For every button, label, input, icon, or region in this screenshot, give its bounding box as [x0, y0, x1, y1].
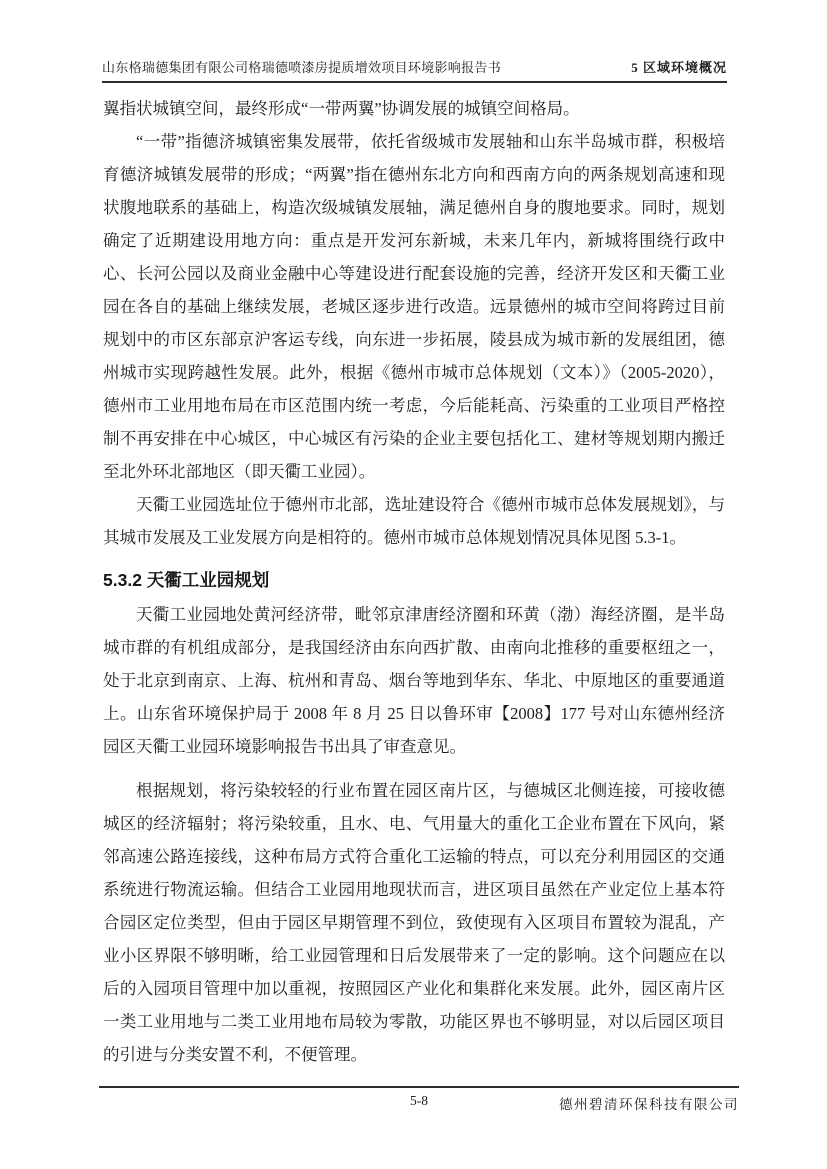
- paragraph-continuation: 翼指状城镇空间，最终形成“一带两翼”协调发展的城镇空间格局。: [103, 92, 725, 125]
- header-chapter-label: 5 区域环境概况: [631, 57, 727, 76]
- header-document-title: 山东格瑞德集团有限公司格瑞德喷漆房提质增效项目环境影响报告书: [102, 57, 501, 76]
- footer-company-name: 德州碧清环保科技有限公司: [559, 1093, 739, 1113]
- page-footer: 5-8 德州碧清环保科技有限公司: [99, 1086, 739, 1114]
- page-number: 5-8: [410, 1093, 428, 1109]
- document-body: 翼指状城镇空间，最终形成“一带两翼”协调发展的城镇空间格局。 “一带”指德济城镇…: [103, 92, 725, 1071]
- paragraph-site-selection: 天衢工业园选址位于德州市北部，选址建设符合《德州市城市总体发展规划》，与其城市发…: [103, 488, 725, 554]
- section-heading-5-3-2: 5.3.2 天衢工业园规划: [103, 564, 725, 597]
- paragraph-park-planning: 根据规划，将污染较轻的行业布置在园区南片区，与德城区北侧连接，可接收德城区的经济…: [103, 774, 725, 1071]
- page-header: 山东格瑞德集团有限公司格瑞德喷漆房提质增效项目环境影响报告书 5 区域环境概况: [102, 57, 727, 83]
- paragraph-park-location: 天衢工业园地处黄河经济带，毗邻京津唐经济圈和环黄（渤）海经济圈，是半岛城市群的有…: [103, 598, 725, 763]
- paragraph-belt-wings: “一带”指德济城镇密集发展带，依托省级城市发展轴和山东半岛城市群，积极培育德济城…: [103, 125, 725, 488]
- report-page: 山东格瑞德集团有限公司格瑞德喷漆房提质增效项目环境影响报告书 5 区域环境概况 …: [0, 0, 827, 1169]
